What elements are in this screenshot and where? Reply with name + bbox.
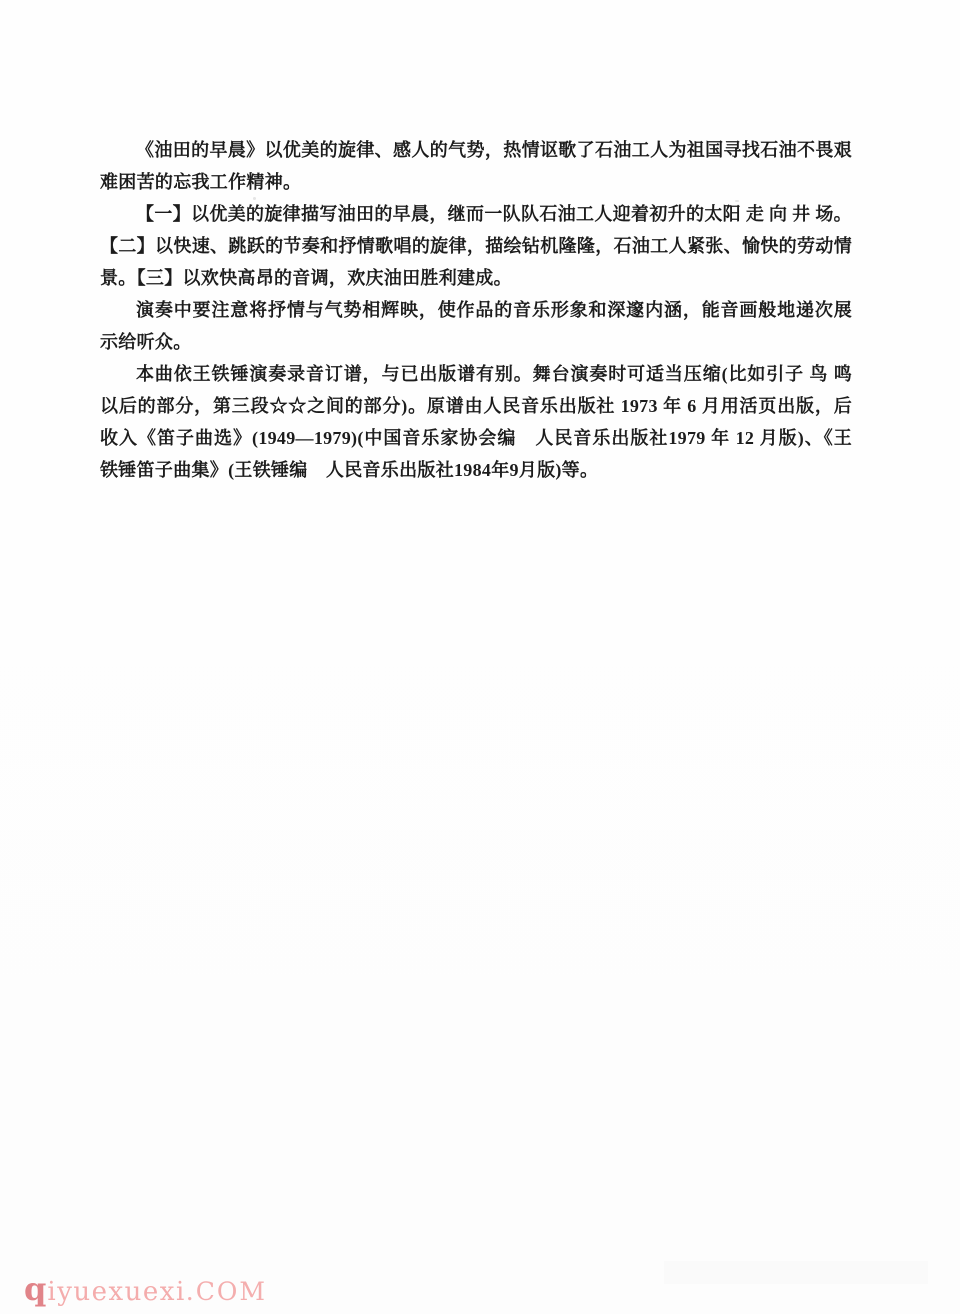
scanned-document-page: 《油田的早晨》以优美的旋律、感人的气势，热情讴歌了石油工人为祖国寻找石油不畏艰 … — [0, 0, 960, 1314]
text-line: 【二】以快速、跳跃的节奏和抒情歌唱的旋律，描绘钻机隆隆，石油工人紧张、愉快的劳动… — [100, 230, 852, 262]
watermark-name: iyuexuexi — [47, 1277, 185, 1307]
text-line: 铁锤笛子曲集》(王铁锤编 人民音乐出版社1984年9月版)等。 — [100, 454, 852, 486]
text-line: 难困苦的忘我工作精神。 — [100, 166, 852, 198]
body-text-block: 《油田的早晨》以优美的旋律、感人的气势，热情讴歌了石油工人为祖国寻找石油不畏艰 … — [100, 134, 852, 486]
text-line: 《油田的早晨》以优美的旋律、感人的气势，热情讴歌了石油工人为祖国寻找石油不畏艰 — [100, 134, 852, 166]
scan-speck — [160, 272, 162, 274]
text-line: 【一】以优美的旋律描写油田的早晨，继而一队队石油工人迎着初升的太阳 走 向 井 … — [100, 198, 852, 230]
watermark-tld: .COM — [186, 1277, 267, 1306]
watermark-prefix: q — [24, 1270, 47, 1308]
scan-artifact-band — [664, 1261, 928, 1284]
text-line: 景。【三】以欢快高昂的音调，欢庆油田胜利建成。 — [100, 262, 852, 294]
scan-speck — [253, 197, 256, 200]
text-line: 收入《笛子曲选》(1949—1979)(中国音乐家协会编 人民音乐出版社1979… — [100, 422, 852, 454]
text-line: 本曲依王铁锤演奏录音订谱，与已出版谱有别。舞台演奏时可适当压缩(比如引子 鸟 鸣 — [100, 358, 852, 390]
site-watermark: qiyuexuexi.COM — [24, 1270, 267, 1308]
scan-speck — [735, 200, 739, 202]
text-line: 演奏中要注意将抒情与气势相辉映，使作品的音乐形象和深邃内涵，能音画般地递次展 — [100, 294, 852, 326]
text-line: 以后的部分，第三段☆☆之间的部分)。原谱由人民音乐出版社 1973 年 6 月用… — [100, 390, 852, 422]
text-line: 示给听众。 — [100, 326, 852, 358]
